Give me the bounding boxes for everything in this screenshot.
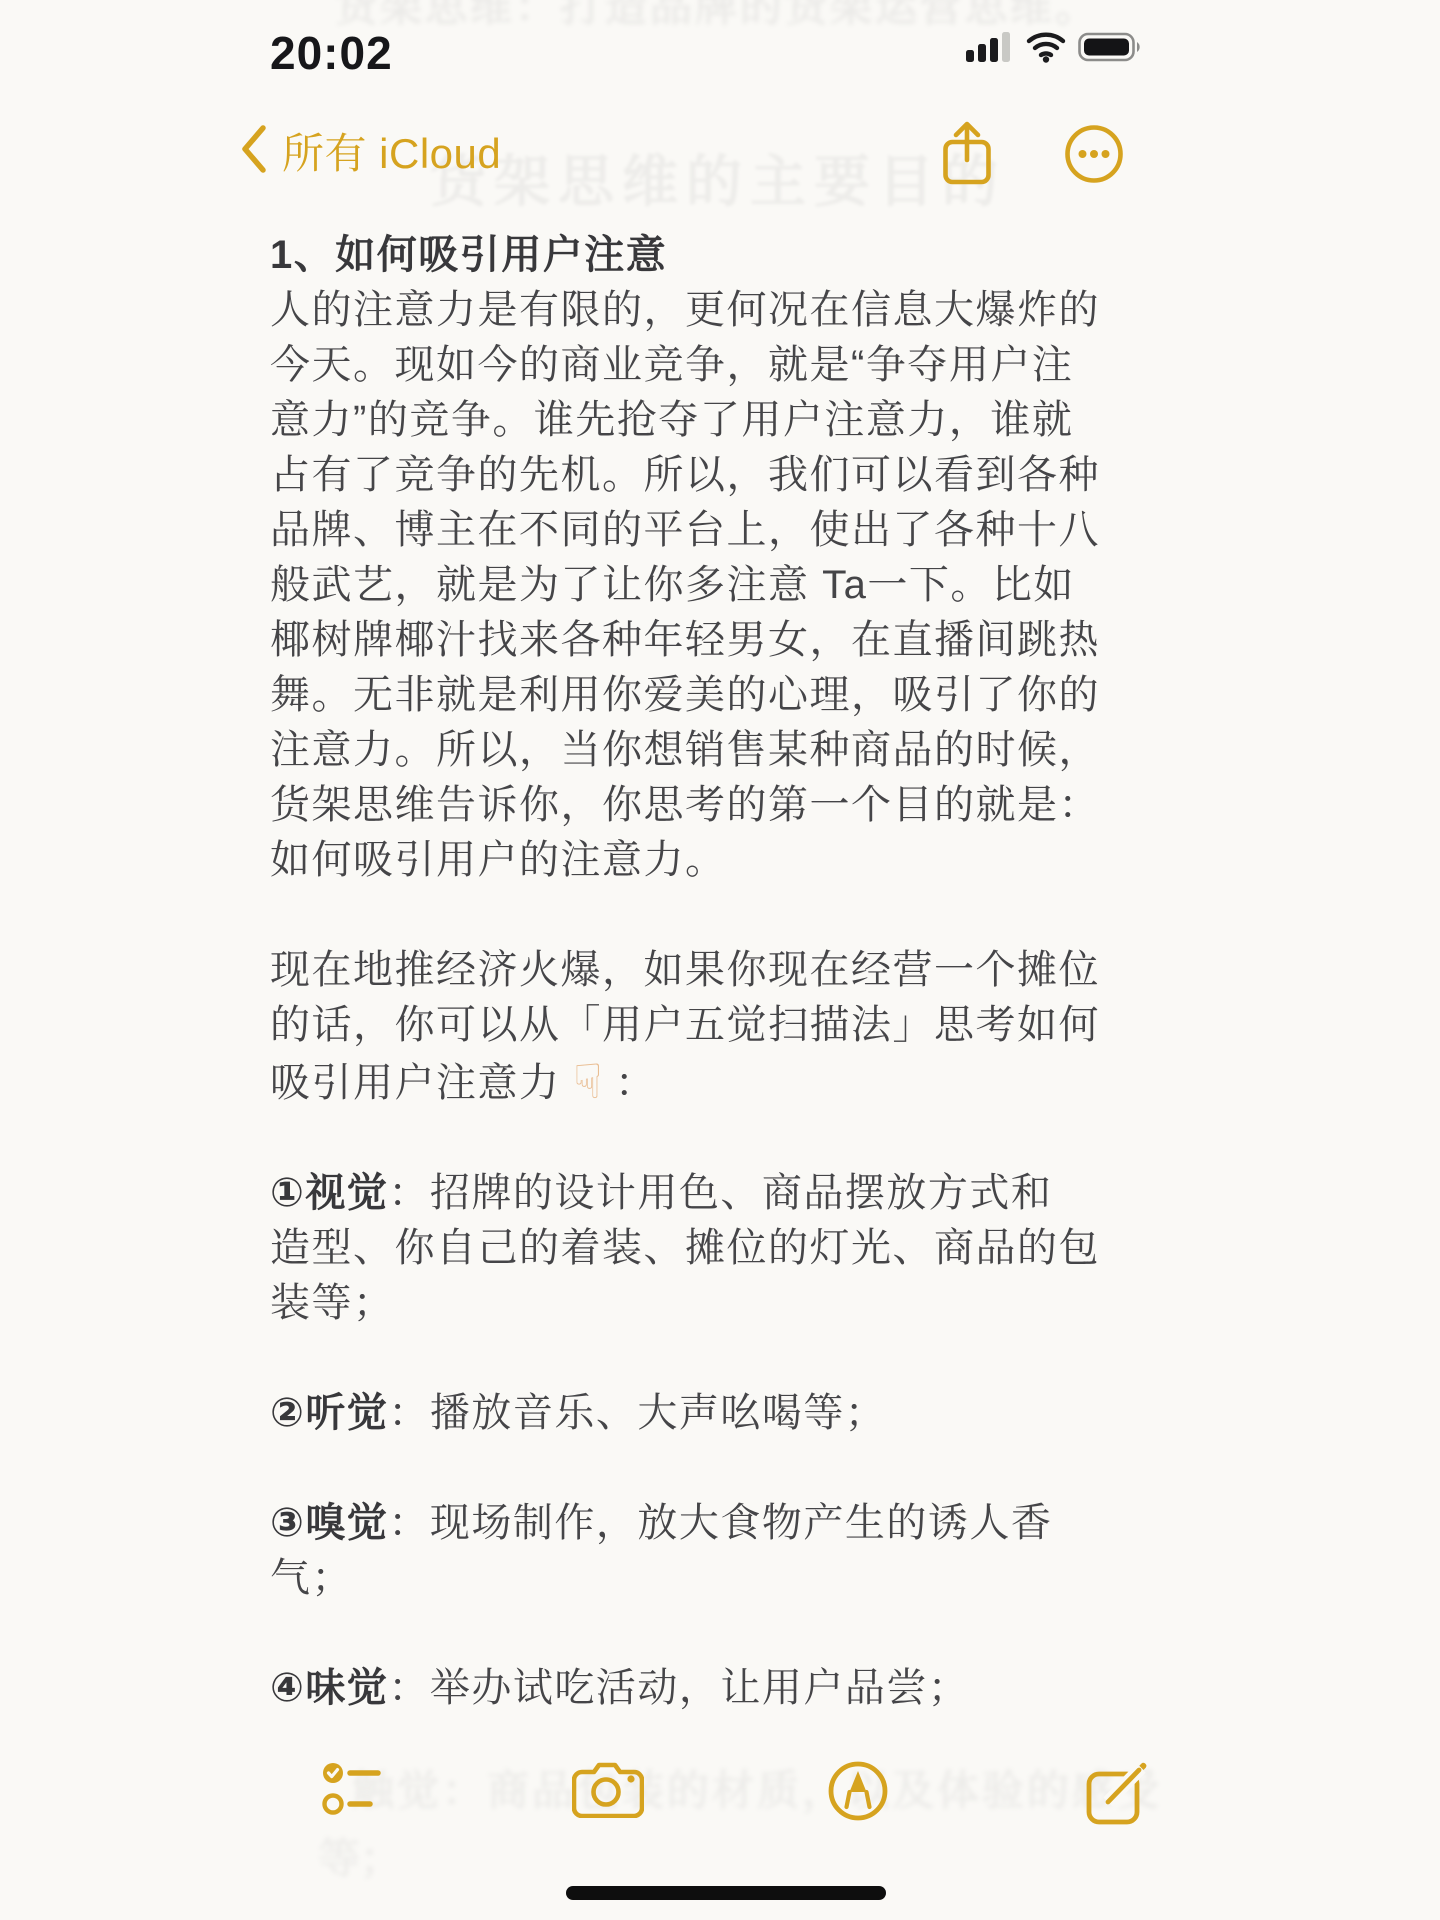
note-bold-text: ②听觉	[270, 1391, 388, 1435]
share-icon	[942, 173, 992, 190]
home-indicator[interactable]	[566, 1886, 886, 1900]
note-line: 的话，你可以从「用户五觉扫描法」思考如何	[270, 998, 1110, 1053]
note-text: 现在地推经济火爆，如果你现在经营一个摊位	[270, 948, 1100, 992]
markup-pen-icon	[827, 1809, 889, 1826]
battery-icon	[1078, 31, 1142, 68]
note-text: ：播放音乐、大声吆喝等；	[388, 1391, 886, 1435]
note-text: 人的注意力是有限的，更何况在信息大爆炸的	[270, 288, 1100, 332]
ghost-text-top: 货架思维：打造品牌的货架运营思维。	[335, 0, 1100, 34]
compose-button[interactable]	[1086, 1760, 1150, 1831]
note-line: 吸引用户注意力 ☟ ：	[270, 1053, 1110, 1111]
status-bar-icons	[966, 32, 1136, 66]
note-line: ③嗅觉：现场制作，放大食物产生的诱人香	[270, 1496, 1110, 1551]
note-line: 今天。现如今的商业竞争，就是“争夺用户注	[270, 338, 1110, 393]
cellular-signal-icon	[966, 31, 1014, 68]
note-text: 椰树牌椰汁找来各种年轻男女，在直播间跳热	[270, 618, 1100, 662]
note-text: 装等；	[270, 1281, 395, 1325]
note-bold-text: ③嗅觉	[270, 1501, 388, 1545]
note-text: ：举办试吃活动，让用户品尝；	[388, 1666, 969, 1710]
note-line: 货架思维告诉你，你思考的第一个目的就是：	[270, 778, 1110, 833]
note-text: 如何吸引用户的注意力。	[270, 838, 727, 882]
share-button[interactable]	[942, 120, 992, 191]
checklist-icon	[322, 1807, 386, 1824]
camera-button[interactable]	[572, 1760, 644, 1823]
wifi-icon	[1025, 31, 1067, 68]
note-line: 人的注意力是有限的，更何况在信息大爆炸的	[270, 283, 1110, 338]
note-text: 今天。现如今的商业竞争，就是“争夺用户注	[270, 343, 1073, 387]
back-button[interactable]: 所有 iCloud	[240, 120, 501, 182]
note-para: ③嗅觉：现场制作，放大食物产生的诱人香气；	[270, 1496, 1110, 1606]
note-line: ④味觉：举办试吃活动，让用户品尝；	[270, 1661, 1110, 1716]
note-line: ②听觉：播放音乐、大声吆喝等；	[270, 1386, 1110, 1441]
note-text: ：招牌的设计用色、商品摆放方式和	[388, 1171, 1052, 1215]
note-line: 1、如何吸引用户注意	[270, 228, 1110, 283]
more-button[interactable]	[1064, 124, 1124, 189]
camera-icon	[572, 1805, 644, 1822]
note-text: 货架思维告诉你，你思考的第一个目的就是：	[270, 783, 1100, 827]
more-ellipsis-icon	[1064, 171, 1124, 188]
note-bold-text: 1、如何吸引用户注意	[270, 233, 667, 277]
note-text: 般武艺，就是为了让你多注意 Ta一下。比如	[270, 563, 1075, 607]
note-line: 气；	[270, 1551, 1110, 1606]
note-line: 椰树牌椰汁找来各种年轻男女，在直播间跳热	[270, 613, 1110, 668]
note-text: 意力”的竞争。谁先抢夺了用户注意力，谁就	[270, 398, 1073, 442]
note-text: 品牌、博主在不同的平台上，使出了各种十八	[270, 508, 1100, 552]
note-bold-text: ①视觉	[270, 1171, 388, 1215]
note-line: 现在地推经济火爆，如果你现在经营一个摊位	[270, 943, 1110, 998]
status-bar-time: 20:02	[270, 26, 393, 80]
note-text: 气；	[270, 1556, 353, 1600]
note-text: 的话，你可以从「用户五觉扫描法」思考如何	[270, 1003, 1100, 1047]
note-line: 如何吸引用户的注意力。	[270, 833, 1110, 888]
note-line: 注意力。所以，当你想销售某种商品的时候，	[270, 723, 1110, 778]
note-text: 吸引用户注意力	[270, 1061, 573, 1105]
note-line: 意力”的竞争。谁先抢夺了用户注意力，谁就	[270, 393, 1110, 448]
note-para: ②听觉：播放音乐、大声吆喝等；	[270, 1386, 1110, 1441]
note-para: ①视觉：招牌的设计用色、商品摆放方式和造型、你自己的着装、摊位的灯光、商品的包装…	[270, 1166, 1110, 1331]
ghost-text-heading: 货架思维的主要目的	[430, 138, 1006, 218]
note-line: 舞。无非就是利用你爱美的心理，吸引了你的	[270, 668, 1110, 723]
note-line: ①视觉：招牌的设计用色、商品摆放方式和	[270, 1166, 1110, 1221]
note-text: ：	[602, 1061, 656, 1105]
note-para: ④味觉：举办试吃活动，让用户品尝；	[270, 1661, 1110, 1716]
checklist-button[interactable]	[322, 1760, 386, 1825]
note-line: 般武艺，就是为了让你多注意 Ta一下。比如	[270, 558, 1110, 613]
note-bold-text: ④味觉	[270, 1666, 388, 1710]
note-line: 装等；	[270, 1276, 1110, 1331]
note-content[interactable]: 1、如何吸引用户注意人的注意力是有限的，更何况在信息大爆炸的今天。现如今的商业竞…	[270, 228, 1110, 1771]
compose-icon	[1086, 1813, 1150, 1830]
note-para: 人的注意力是有限的，更何况在信息大爆炸的今天。现如今的商业竞争，就是“争夺用户注…	[270, 283, 1110, 888]
note-line: 造型、你自己的着装、摊位的灯光、商品的包	[270, 1221, 1110, 1276]
pointing-down-emoji: ☟	[573, 1055, 602, 1110]
note-line: 品牌、博主在不同的平台上，使出了各种十八	[270, 503, 1110, 558]
markup-button[interactable]	[827, 1760, 889, 1827]
note-para: 现在地推经济火爆，如果你现在经营一个摊位的话，你可以从「用户五觉扫描法」思考如何…	[270, 943, 1110, 1111]
back-button-label: 所有 iCloud	[282, 121, 501, 181]
note-text: 注意力。所以，当你想销售某种商品的时候，	[270, 728, 1100, 772]
note-text: 造型、你自己的着装、摊位的灯光、商品的包	[270, 1226, 1100, 1270]
note-text: ：现场制作，放大食物产生的诱人香	[388, 1501, 1052, 1545]
note-line: 占有了竞争的先机。所以，我们可以看到各种	[270, 448, 1110, 503]
back-chevron-icon	[240, 124, 268, 179]
note-text: 舞。无非就是利用你爱美的心理，吸引了你的	[270, 673, 1100, 717]
note-heading: 1、如何吸引用户注意	[270, 228, 1110, 283]
note-text: 占有了竞争的先机。所以，我们可以看到各种	[270, 453, 1100, 497]
ghost-text-toolbar-2: 等；	[318, 1826, 402, 1886]
